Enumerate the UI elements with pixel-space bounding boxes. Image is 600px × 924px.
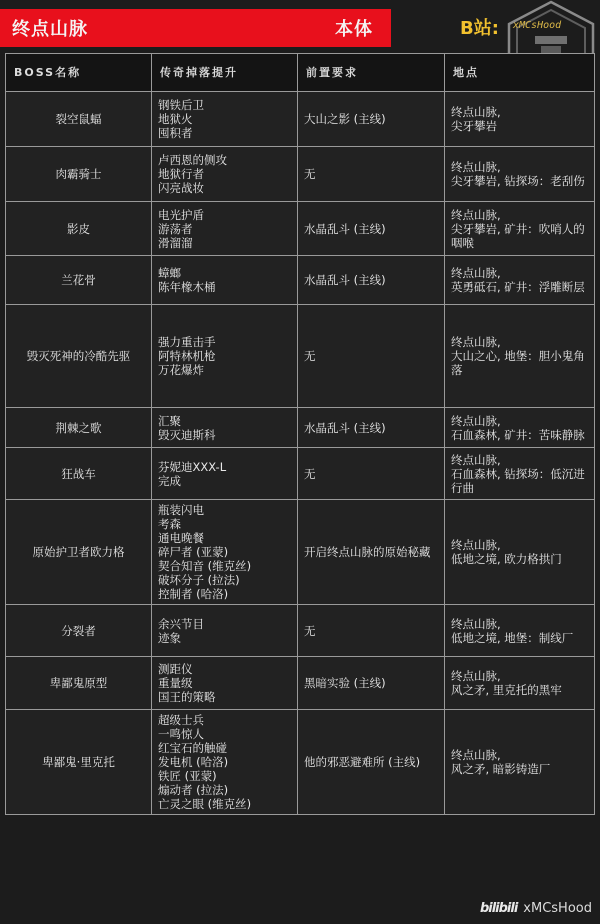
location-line: 大山之心, 地堡：胆小鬼角落 <box>451 349 588 377</box>
legendary-item: 芬妮迪XXX-L <box>158 460 291 474</box>
table-row: 狂战车芬妮迪XXX-L完成无终点山脉,石血森林, 钻探场：低沉进行曲 <box>6 448 595 500</box>
footer-watermark: bilibili xMCsHood <box>480 901 592 916</box>
location-line: 终点山脉, <box>451 538 588 552</box>
footer-author: xMCsHood <box>523 901 592 916</box>
boss-table: BOSS名称 传奇掉落提升 前置要求 地点 裂空鼠蝠钢铁后卫地狱火囤积者大山之影… <box>5 53 595 815</box>
legendary-item: 地狱行者 <box>158 167 291 181</box>
table-body: 裂空鼠蝠钢铁后卫地狱火囤积者大山之影 (主线)终点山脉,尖牙攀岩肉霸骑士卢西恩的… <box>6 92 595 815</box>
table-row: 卑鄙鬼原型测距仪重量级国王的策略黑暗实验 (主线)终点山脉,风之矛, 里克托的黑… <box>6 657 595 710</box>
location-line: 终点山脉, <box>451 669 588 683</box>
legendary-drop-cell: 余兴节目迹象 <box>152 605 298 657</box>
requirement-cell: 他的邪恶避难所 (主线) <box>298 710 445 815</box>
location-cell: 终点山脉,英勇砥石, 矿井：浮雕断层 <box>445 256 595 305</box>
requirement-cell: 开启终点山脉的原始秘藏 <box>298 500 445 605</box>
location-line: 终点山脉, <box>451 617 588 631</box>
legendary-item: 重量级 <box>158 676 291 690</box>
legendary-item: 囤积者 <box>158 126 291 140</box>
table-row: 分裂者余兴节目迹象无终点山脉,低地之境, 地堡：制线厂 <box>6 605 595 657</box>
legendary-item: 发电机 (哈洛) <box>158 755 291 769</box>
header-requirement: 前置要求 <box>298 54 445 92</box>
location-cell: 终点山脉,大山之心, 地堡：胆小鬼角落 <box>445 305 595 408</box>
header-boss-name: BOSS名称 <box>6 54 152 92</box>
table-row: 卑鄙鬼·里克托超级士兵一鸣惊人红宝石的触碰发电机 (哈洛)铁匠 (亚蒙)煽动者 … <box>6 710 595 815</box>
requirement-cell: 水晶乱斗 (主线) <box>298 256 445 305</box>
legendary-item: 红宝石的触碰 <box>158 741 291 755</box>
legendary-item: 阿特林机枪 <box>158 349 291 363</box>
legendary-drop-cell: 蟑螂陈年橡木桶 <box>152 256 298 305</box>
header-legendary-drop: 传奇掉落提升 <box>152 54 298 92</box>
legendary-drop-cell: 超级士兵一鸣惊人红宝石的触碰发电机 (哈洛)铁匠 (亚蒙)煽动者 (拉法)亡灵之… <box>152 710 298 815</box>
legendary-drop-cell: 强力重击手阿特林机枪万花爆炸 <box>152 305 298 408</box>
legendary-item: 控制者 (哈洛) <box>158 587 291 601</box>
table-row: 毁灭死神的冷酷先驱强力重击手阿特林机枪万花爆炸无终点山脉,大山之心, 地堡：胆小… <box>6 305 595 408</box>
legendary-item: 卢西恩的侧攻 <box>158 153 291 167</box>
table-row: 兰花骨蟑螂陈年橡木桶水晶乱斗 (主线)终点山脉,英勇砥石, 矿井：浮雕断层 <box>6 256 595 305</box>
location-line: 石血森林, 矿井：苦味静脉 <box>451 428 588 442</box>
requirement-cell: 大山之影 (主线) <box>298 92 445 147</box>
legendary-item: 闪亮战妆 <box>158 181 291 195</box>
requirement-cell: 无 <box>298 448 445 500</box>
legendary-item: 地狱火 <box>158 112 291 126</box>
legendary-item: 万花爆炸 <box>158 363 291 377</box>
title-banner: 终点山脉 本体 <box>0 9 391 47</box>
requirement-cell: 无 <box>298 605 445 657</box>
legendary-drop-cell: 卢西恩的侧攻地狱行者闪亮战妆 <box>152 147 298 202</box>
boss-name-cell: 卑鄙鬼·里克托 <box>6 710 152 815</box>
location-line: 终点山脉, <box>451 335 588 349</box>
location-line: 终点山脉, <box>451 266 588 280</box>
legendary-drop-cell: 汇聚毁灭迪斯科 <box>152 408 298 448</box>
legendary-drop-cell: 测距仪重量级国王的策略 <box>152 657 298 710</box>
table-row: 荆棘之歌汇聚毁灭迪斯科水晶乱斗 (主线)终点山脉,石血森林, 矿井：苦味静脉 <box>6 408 595 448</box>
location-line: 石血森林, 钻探场：低沉进行曲 <box>451 467 588 495</box>
boss-name-cell: 兰花骨 <box>6 256 152 305</box>
location-line: 终点山脉, <box>451 748 588 762</box>
legendary-item: 测距仪 <box>158 662 291 676</box>
bilibili-logo-icon: bilibili <box>480 901 517 916</box>
table-row: 原始护卫者欧力格瓶装闪电考森通电晚餐碎尸者 (亚蒙)契合知音 (维克丝)破坏分子… <box>6 500 595 605</box>
table-row: 裂空鼠蝠钢铁后卫地狱火囤积者大山之影 (主线)终点山脉,尖牙攀岩 <box>6 92 595 147</box>
watermark-top: B站: xMCsHood <box>455 0 600 52</box>
requirement-cell: 无 <box>298 305 445 408</box>
banner-title: 终点山脉 <box>12 15 88 41</box>
boss-name-cell: 原始护卫者欧力格 <box>6 500 152 605</box>
location-line: 风之矛, 里克托的黑牢 <box>451 683 588 697</box>
location-cell: 终点山脉,低地之境, 欧力格拱门 <box>445 500 595 605</box>
boss-name-cell: 影皮 <box>6 202 152 256</box>
boss-name-cell: 卑鄙鬼原型 <box>6 657 152 710</box>
legendary-item: 亡灵之眼 (维克丝) <box>158 797 291 811</box>
location-line: 终点山脉, <box>451 453 588 467</box>
banner-subtitle: 本体 <box>335 15 373 41</box>
legendary-item: 完成 <box>158 474 291 488</box>
legendary-item: 蟑螂 <box>158 266 291 280</box>
bilibili-site-label: B站: <box>460 14 499 40</box>
location-line: 低地之境, 地堡：制线厂 <box>451 631 588 645</box>
legendary-drop-cell: 瓶装闪电考森通电晚餐碎尸者 (亚蒙)契合知音 (维克丝)破坏分子 (拉法)控制者… <box>152 500 298 605</box>
legendary-item: 毁灭迪斯科 <box>158 428 291 442</box>
legendary-item: 电光护盾 <box>158 208 291 222</box>
boss-name-cell: 裂空鼠蝠 <box>6 92 152 147</box>
table-row: 肉霸骑士卢西恩的侧攻地狱行者闪亮战妆无终点山脉,尖牙攀岩, 钻探场：老刮伤 <box>6 147 595 202</box>
location-line: 终点山脉, <box>451 414 588 428</box>
boss-name-cell: 毁灭死神的冷酷先驱 <box>6 305 152 408</box>
requirement-cell: 水晶乱斗 (主线) <box>298 202 445 256</box>
location-line: 尖牙攀岩 <box>451 119 588 133</box>
location-line: 尖牙攀岩, 钻探场：老刮伤 <box>451 174 588 188</box>
location-cell: 终点山脉,尖牙攀岩 <box>445 92 595 147</box>
legendary-item: 契合知音 (维克丝) <box>158 559 291 573</box>
legendary-item: 余兴节目 <box>158 617 291 631</box>
legendary-item: 汇聚 <box>158 414 291 428</box>
boss-name-cell: 肉霸骑士 <box>6 147 152 202</box>
location-cell: 终点山脉,尖牙攀岩, 钻探场：老刮伤 <box>445 147 595 202</box>
legendary-item: 破坏分子 (拉法) <box>158 573 291 587</box>
location-cell: 终点山脉,石血森林, 钻探场：低沉进行曲 <box>445 448 595 500</box>
legendary-drop-cell: 电光护盾游荡者滑溜溜 <box>152 202 298 256</box>
legendary-item: 滑溜溜 <box>158 236 291 250</box>
location-line: 低地之境, 欧力格拱门 <box>451 552 588 566</box>
legendary-drop-cell: 芬妮迪XXX-L完成 <box>152 448 298 500</box>
boss-name-cell: 分裂者 <box>6 605 152 657</box>
location-cell: 终点山脉,低地之境, 地堡：制线厂 <box>445 605 595 657</box>
location-cell: 终点山脉,尖牙攀岩, 矿井：吹哨人的咽喉 <box>445 202 595 256</box>
legendary-item: 煽动者 (拉法) <box>158 783 291 797</box>
requirement-cell: 无 <box>298 147 445 202</box>
table-header-row: BOSS名称 传奇掉落提升 前置要求 地点 <box>6 54 595 92</box>
location-line: 终点山脉, <box>451 160 588 174</box>
legendary-item: 通电晚餐 <box>158 531 291 545</box>
legendary-item: 考森 <box>158 517 291 531</box>
legendary-item: 钢铁后卫 <box>158 98 291 112</box>
legendary-item: 迹象 <box>158 631 291 645</box>
requirement-cell: 黑暗实验 (主线) <box>298 657 445 710</box>
legendary-item: 国王的策略 <box>158 690 291 704</box>
legendary-item: 一鸣惊人 <box>158 727 291 741</box>
legendary-drop-cell: 钢铁后卫地狱火囤积者 <box>152 92 298 147</box>
location-cell: 终点山脉,风之矛, 里克托的黑牢 <box>445 657 595 710</box>
legendary-item: 超级士兵 <box>158 713 291 727</box>
location-line: 风之矛, 暗影铸造厂 <box>451 762 588 776</box>
legendary-item: 瓶装闪电 <box>158 503 291 517</box>
header-location: 地点 <box>445 54 595 92</box>
location-cell: 终点山脉,风之矛, 暗影铸造厂 <box>445 710 595 815</box>
requirement-cell: 水晶乱斗 (主线) <box>298 408 445 448</box>
legendary-item: 游荡者 <box>158 222 291 236</box>
location-line: 终点山脉, <box>451 105 588 119</box>
author-name: xMCsHood <box>513 20 561 31</box>
location-line: 英勇砥石, 矿井：浮雕断层 <box>451 280 588 294</box>
legendary-item: 强力重击手 <box>158 335 291 349</box>
boss-name-cell: 荆棘之歌 <box>6 408 152 448</box>
boss-name-cell: 狂战车 <box>6 448 152 500</box>
legendary-item: 碎尸者 (亚蒙) <box>158 545 291 559</box>
location-line: 尖牙攀岩, 矿井：吹哨人的咽喉 <box>451 222 588 250</box>
legendary-item: 铁匠 (亚蒙) <box>158 769 291 783</box>
location-line: 终点山脉, <box>451 208 588 222</box>
legendary-item: 陈年橡木桶 <box>158 280 291 294</box>
table-row: 影皮电光护盾游荡者滑溜溜水晶乱斗 (主线)终点山脉,尖牙攀岩, 矿井：吹哨人的咽… <box>6 202 595 256</box>
location-cell: 终点山脉,石血森林, 矿井：苦味静脉 <box>445 408 595 448</box>
